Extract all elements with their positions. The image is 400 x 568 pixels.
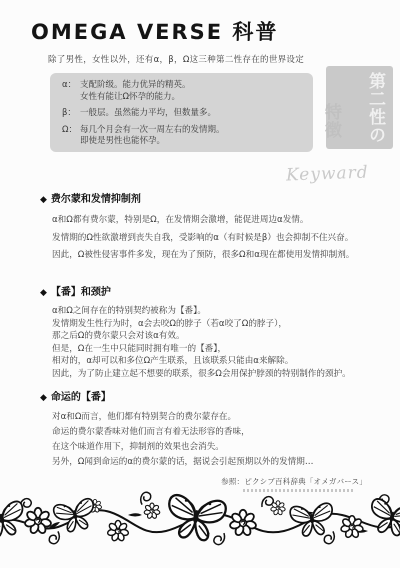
section-heading-text: 费尔蒙和发情抑制剂 <box>51 194 141 205</box>
omega-line-1: 每几个月会有一次一周左右的发情期。 <box>80 125 225 137</box>
omega-entry: Ω： 每几个月会有一次一周左右的发情期。 即使是男性也能怀孕。 <box>62 125 303 148</box>
section-body: α和Ω之间存在的特别契约被称为【番】。 发情期发生性行为时，α会去咬Ω的脖子（若… <box>40 305 378 381</box>
body-line: 那之后Ω的费尔蒙只会对该α有效。 <box>52 330 378 343</box>
body-line: 发情期的Ω性欲激增到丧失自我，受影响的α（有时候是β）也会抑制不住兴奋。 <box>52 230 378 248</box>
beta-description: 一般层。虽然能力平均，但数量多。 <box>80 108 216 120</box>
body-line: 另外，Ω闻到命运的α的费尔蒙的话，据说会引起预期以外的发情期… <box>52 455 378 470</box>
beta-label: β： <box>62 108 80 120</box>
section-body: 对α和Ω而言，他们都有特别契合的费尔蒙存在。 命运的费尔蒙香味对他们而言有着无法… <box>40 410 378 470</box>
second-gender-info-box: α： 支配阶级。能力优异的精英。 女性有能让Ω怀孕的能力。 β： 一般层。虽然能… <box>50 73 313 152</box>
section-heading-text: 命运的【番】 <box>51 392 111 403</box>
body-line: α和Ω之间存在的特别契约被称为【番】。 <box>52 305 378 318</box>
body-line: 发情期发生性行为时，α会去咬Ω的脖子（若α咬了Ω的脖子）， <box>52 318 378 331</box>
alpha-entry: α： 支配阶级。能力优异的精英。 女性有能让Ω怀孕的能力。 <box>62 80 303 103</box>
section-body: α和Ω都有费尔蒙，特别是Ω，在发情期会激增，能促进周边α发情。 发情期的Ω性欲激… <box>40 212 378 265</box>
omega-label: Ω： <box>62 125 80 148</box>
diamond-bullet-icon: ◆ <box>40 288 47 298</box>
body-line: 在这个味道作用下，抑制剂的效果也会消失。 <box>52 440 378 455</box>
alpha-description: 支配阶级。能力优异的精英。 女性有能让Ω怀孕的能力。 <box>80 80 191 103</box>
body-line: 命运的费尔蒙香味对他们而言有着无法形容的香味， <box>52 425 378 440</box>
alpha-line-2: 女性有能让Ω怀孕的能力。 <box>80 92 191 104</box>
body-line: α和Ω都有费尔蒙，特别是Ω，在发情期会激增，能促进周边α发情。 <box>52 212 378 230</box>
diamond-bullet-icon: ◆ <box>40 195 47 205</box>
body-line: 对α和Ω而言，他们都有特别契合的费尔蒙存在。 <box>52 410 378 425</box>
page-title: OMEGA VERSE 科普 <box>31 16 279 46</box>
beta-entry: β： 一般层。虽然能力平均，但数量多。 <box>62 108 303 120</box>
alpha-label: α： <box>62 80 80 103</box>
beta-line-1: 一般层。虽然能力平均，但数量多。 <box>80 108 216 120</box>
body-line: 相对的，α却可以和多位Ω产生联系，且该联系只能由α来解除。 <box>52 355 378 368</box>
body-line: 因此，Ω被性侵害事件多发，现在为了预防，很多Ω和α现在都使用发情抑制剂。 <box>52 247 378 265</box>
section-heading: ◆【番】和颈护 <box>40 283 378 298</box>
reference-note: 参照：ピクシブ百科辞典「オメガバース」 <box>221 476 367 487</box>
section-fated-mate: ◆命运的【番】 对α和Ω而言，他们都有特别契合的费尔蒙存在。 命运的费尔蒙香味对… <box>40 388 378 470</box>
section-heading-text: 【番】和颈护 <box>51 287 111 298</box>
section-heading: ◆费尔蒙和发情抑制剂 <box>40 190 378 205</box>
side-tag-text-column-2: 特徴 <box>322 103 339 139</box>
body-line: 因此，为了防止建立起不想要的联系，很多Ω会用保护脖颈的特别制作的颈护。 <box>52 368 378 381</box>
document-page: OMEGA VERSE 科普 除了男性，女性以外，还有α，β，Ω这三种第二性存在… <box>0 0 400 568</box>
section-mate-and-collar: ◆【番】和颈护 α和Ω之间存在的特别契约被称为【番】。 发情期发生性行为时，α会… <box>40 283 378 381</box>
page-subtitle: 除了男性，女性以外，还有α，β，Ω这三种第二性存在的世界设定 <box>48 53 304 65</box>
side-tag-text-column-1: 第二性の <box>366 72 383 144</box>
keyword-watermark: Keyward <box>286 163 369 186</box>
omega-line-2: 即使是男性也能怀孕。 <box>80 136 225 148</box>
body-line: 但是，Ω在一生中只能同时拥有唯一的【番】， <box>52 343 378 356</box>
alpha-line-1: 支配阶级。能力优异的精英。 <box>80 80 191 92</box>
section-pheromones: ◆费尔蒙和发情抑制剂 α和Ω都有费尔蒙，特别是Ω，在发情期会激增，能促进周边α发… <box>40 190 378 265</box>
butterfly-flower-border-icon <box>0 489 400 553</box>
diamond-bullet-icon: ◆ <box>40 393 47 403</box>
side-tag-second-gender-traits: 第二性の 特徴 <box>326 66 393 149</box>
omega-description: 每几个月会有一次一周左右的发情期。 即使是男性也能怀孕。 <box>80 125 225 148</box>
section-heading: ◆命运的【番】 <box>40 388 378 403</box>
